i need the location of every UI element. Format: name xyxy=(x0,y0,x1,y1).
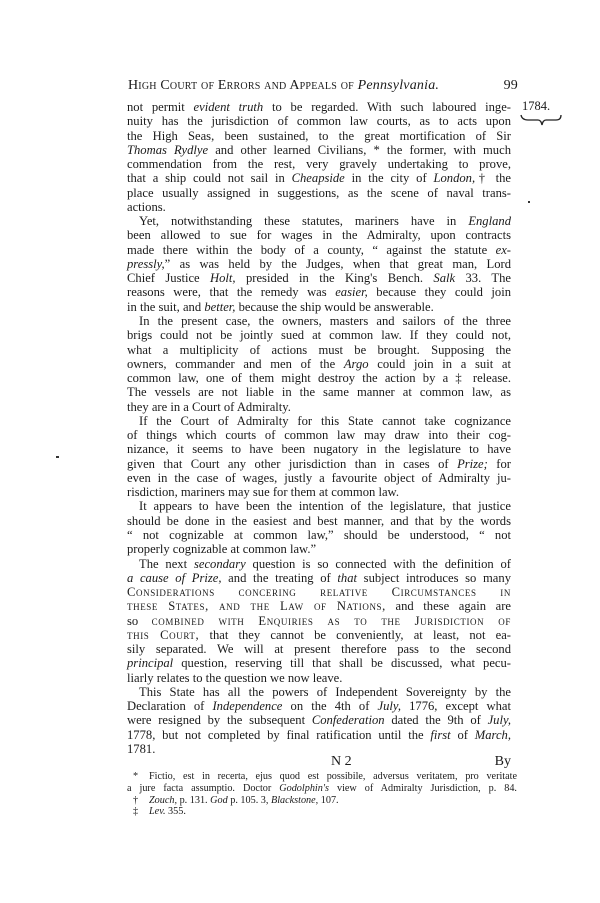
footnote-mark: * xyxy=(127,771,149,783)
text-line: owners, commander and men of the Argo co… xyxy=(127,357,511,371)
text-run: risdiction, mariners may sue for them at… xyxy=(127,485,399,499)
text-run: on the 4th of xyxy=(282,699,377,713)
text-run: and the treating of xyxy=(222,571,338,585)
running-head-state: Pennsylvania. xyxy=(358,78,440,93)
text-run: even in the case of wages, justly a favo… xyxy=(127,471,511,485)
text-run: properly cognizable at common law.” xyxy=(127,542,316,556)
text-line: pressly,” as was held by the Judges, whe… xyxy=(127,257,511,271)
small-caps-text: these States, and the Law of Nations, xyxy=(127,599,386,613)
text-run: reasons were, that the remedy was xyxy=(127,285,335,299)
text-run: because they could join xyxy=(368,285,511,299)
text-line: this Court, that they cannot be convenie… xyxy=(127,628,511,642)
footnote-line: *Fictio, est in recerta, ejus quod est p… xyxy=(127,771,517,783)
text-line: reasons were, that the remedy was easier… xyxy=(127,285,511,299)
text-line: It appears to have been the intention of… xyxy=(127,499,511,513)
footnote-line: a jure facta assumptio. Doctor Godolphin… xyxy=(127,783,517,795)
text-line: principal question, reserving till that … xyxy=(127,656,511,670)
italic-text: principal xyxy=(127,656,173,670)
text-line: “ not cognizable at common law,” should … xyxy=(127,528,511,542)
text-run: Declaration of xyxy=(127,699,212,713)
text-line: Considerations concering relative Circum… xyxy=(127,585,511,599)
text-line: what a multiplicity of actions must be b… xyxy=(127,343,511,357)
italic-text: God xyxy=(210,795,228,806)
text-line: a cause of Prize, and the treating of th… xyxy=(127,571,511,585)
italic-text: ex- xyxy=(496,243,511,257)
text-line: Declaration of Independence on the 4th o… xyxy=(127,699,511,713)
text-line: in the suit, and better, because the shi… xyxy=(127,300,511,314)
text-run: If the Court of Admiralty for this State… xyxy=(139,414,511,428)
text-run: been allowed to sue for wages in the Adm… xyxy=(127,228,511,242)
text-line: of things which courts of common law may… xyxy=(127,428,511,442)
footnote-line: ‡Lev. 355. xyxy=(127,806,517,818)
text-run: ” as was held by the Judges, when that g… xyxy=(165,257,511,271)
footnote-line: †Zouch, p. 131. God p. 105. 3, Blackston… xyxy=(127,795,517,807)
text-line: that a ship could not sail in Cheapside … xyxy=(127,171,511,185)
margin-note-year: 1784. xyxy=(522,99,550,114)
text-run: dated the 9th of xyxy=(385,713,488,727)
italic-text: Salk xyxy=(433,271,455,285)
text-line: should be done in the easiest and best m… xyxy=(127,514,511,528)
text-line: Thomas Rydlye and other learned Civilian… xyxy=(127,143,511,157)
text-line: the High Seas, been sustained, to the gr… xyxy=(127,129,511,143)
text-line: they are in a Court of Admiralty. xyxy=(127,400,511,414)
text-run: 1776, except what xyxy=(401,699,511,713)
text-run: subject introduces so many xyxy=(357,571,511,585)
text-run: question, reserving till that shall be d… xyxy=(173,656,511,670)
text-run: of things which courts of common law may… xyxy=(127,428,511,442)
text-run: p. 131. xyxy=(177,795,210,806)
text-run: should be done in the easiest and best m… xyxy=(127,514,511,528)
text-run: question is so connected with the defini… xyxy=(246,557,511,571)
footnotes: *Fictio, est in recerta, ejus quod est p… xyxy=(127,771,517,818)
text-run: Chief Justice xyxy=(127,271,210,285)
small-caps-text: combined with Enquiries as to the Jurisd… xyxy=(152,614,511,628)
text-run: p. 105. 3, xyxy=(228,795,271,806)
italic-text: Lev. xyxy=(149,806,166,817)
print-speck xyxy=(56,456,59,458)
text-run: liarly relates to the question we now le… xyxy=(127,671,342,685)
text-run: so xyxy=(127,614,152,628)
text-run: nizance, it seems to have been nugatory … xyxy=(127,442,511,456)
text-run: what a multiplicity of actions must be b… xyxy=(127,343,511,357)
running-head-title: High Court of Errors and Appeals of xyxy=(128,78,354,93)
italic-text: evident truth xyxy=(194,100,264,114)
text-run: and other learned Civilians, * the forme… xyxy=(208,143,511,157)
text-run: presided in the King's Bench. xyxy=(236,271,434,285)
text-line: commendation from the rest, very gravely… xyxy=(127,157,511,171)
text-run: sily separated. We will at present there… xyxy=(127,642,511,656)
italic-text: first xyxy=(430,728,450,742)
text-line: nizance, it seems to have been nugatory … xyxy=(127,442,511,456)
italic-text: that xyxy=(337,571,357,585)
italic-text: London, xyxy=(433,171,475,185)
text-line: been allowed to sue for wages in the Adm… xyxy=(127,228,511,242)
brace-icon xyxy=(520,114,562,126)
italic-text: Blackstone, xyxy=(271,795,318,806)
text-run: Fictio, est in recerta, ejus quod est po… xyxy=(149,771,517,782)
italic-text: Holt, xyxy=(210,271,236,285)
text-line: properly cognizable at common law.” xyxy=(127,542,511,556)
text-line: given that Court any other jurisdiction … xyxy=(127,457,511,471)
text-run: and these again are xyxy=(386,599,511,613)
text-run: were resigned by the subsequent xyxy=(127,713,312,727)
text-line: The vessels are not liable in the same m… xyxy=(127,385,511,399)
italic-text: March, xyxy=(475,728,511,742)
text-run: The vessels are not liable in the same m… xyxy=(127,385,511,399)
text-run: to be regarded. With such laboured inge- xyxy=(263,100,511,114)
italic-text: July, xyxy=(378,699,401,713)
text-run: for xyxy=(488,457,511,471)
italic-text: a cause of Prize, xyxy=(127,571,222,585)
text-run: that a ship could not sail in xyxy=(127,171,292,185)
text-run: made there within the body of a county, … xyxy=(127,243,496,257)
text-run: The next xyxy=(139,557,194,571)
text-line: made there within the body of a county, … xyxy=(127,243,511,257)
text-run: place usually assigned in suggestions, a… xyxy=(127,186,511,200)
text-line: Yet, notwithstanding these statutes, mar… xyxy=(127,214,511,228)
text-run: not permit xyxy=(127,100,194,114)
text-run: of xyxy=(451,728,475,742)
text-run: given that Court any other jurisdiction … xyxy=(127,457,457,471)
text-run: † the xyxy=(475,171,511,185)
small-caps-text: this Court, xyxy=(127,628,199,642)
text-run: commendation from the rest, very gravely… xyxy=(127,157,511,171)
text-line: sily separated. We will at present there… xyxy=(127,642,511,656)
text-line: If the Court of Admiralty for this State… xyxy=(127,414,511,428)
italic-text: Godolphin's xyxy=(279,783,329,794)
print-speck xyxy=(528,201,530,203)
text-line: In the present case, the owners, masters… xyxy=(127,314,511,328)
italic-text: Zouch, xyxy=(149,795,177,806)
italic-text: England xyxy=(468,214,511,228)
italic-text: Independence xyxy=(212,699,282,713)
text-run: “ not cognizable at common law,” should … xyxy=(127,528,511,542)
text-run: that they cannot be conveniently, at lea… xyxy=(199,628,511,642)
text-line: common law, one of them might destroy th… xyxy=(127,371,511,385)
text-run: Yet, notwithstanding these statutes, mar… xyxy=(139,214,468,228)
italic-text: pressly, xyxy=(127,257,165,271)
text-run: actions. xyxy=(127,200,166,214)
text-run: In the present case, the owners, masters… xyxy=(139,314,511,328)
italic-text: secondary xyxy=(194,557,246,571)
text-line: these States, and the Law of Nations, an… xyxy=(127,599,511,613)
text-run: This State has all the powers of Indepen… xyxy=(139,685,511,699)
text-run: nuity has the jurisdiction of common law… xyxy=(127,114,511,128)
text-run: 107. xyxy=(318,795,338,806)
text-line: so combined with Enquiries as to the Jur… xyxy=(127,614,511,628)
italic-text: July, xyxy=(488,713,511,727)
text-run: they are in a Court of Admiralty. xyxy=(127,400,291,414)
text-run: 1778, but not completed by final ratific… xyxy=(127,728,430,742)
italic-text: Cheapside xyxy=(292,171,345,185)
text-run: because the ship would be answerable. xyxy=(235,300,433,314)
footnote-mark: ‡ xyxy=(127,806,149,818)
text-line: The next secondary question is so connec… xyxy=(127,557,511,571)
text-line: actions. xyxy=(127,200,511,214)
footnote-mark: † xyxy=(127,795,149,807)
small-caps-text: Considerations concering relative Circum… xyxy=(127,585,511,599)
text-line: even in the case of wages, justly a favo… xyxy=(127,471,511,485)
text-run: in the city of xyxy=(345,171,434,185)
text-run: 33. The xyxy=(455,271,511,285)
catchword: By xyxy=(495,754,511,770)
text-run: owners, commander and men of the xyxy=(127,357,344,371)
text-line: were resigned by the subsequent Confeder… xyxy=(127,713,511,727)
text-run: in the suit, and xyxy=(127,300,204,314)
italic-text: Confederation xyxy=(312,713,385,727)
text-line: liarly relates to the question we now le… xyxy=(127,671,511,685)
text-run: It appears to have been the intention of… xyxy=(139,499,511,513)
text-line: nuity has the jurisdiction of common law… xyxy=(127,114,511,128)
signature-line: N 2 By xyxy=(127,754,511,770)
text-run: could join in a suit at xyxy=(369,357,511,371)
page-number: 99 xyxy=(504,78,518,94)
text-run: a jure facta assumptio. Doctor xyxy=(127,783,279,794)
text-run: common law, one of them might destroy th… xyxy=(127,371,511,385)
text-line: 1778, but not completed by final ratific… xyxy=(127,728,511,742)
signature-mark: N 2 xyxy=(331,754,352,770)
italic-text: Thomas Rydlye xyxy=(127,143,208,157)
italic-text: Prize; xyxy=(457,457,488,471)
text-line: risdiction, mariners may sue for them at… xyxy=(127,485,511,499)
text-run: 355. xyxy=(166,806,186,817)
italic-text: easier, xyxy=(335,285,368,299)
text-run: view of Admiralty Jurisdiction, p. 84. xyxy=(329,783,517,794)
text-line: brigs could not be jointly sued at commo… xyxy=(127,328,511,342)
text-line: not permit evident truth to be regarded.… xyxy=(127,100,511,114)
italic-text: better, xyxy=(204,300,235,314)
italic-text: Argo xyxy=(344,357,369,371)
text-line: place usually assigned in suggestions, a… xyxy=(127,186,511,200)
text-line: Chief Justice Holt, presided in the King… xyxy=(127,271,511,285)
running-head: High Court of Errors and Appeals of Penn… xyxy=(128,78,518,96)
body-text: not permit evident truth to be regarded.… xyxy=(127,100,511,756)
text-run: brigs could not be jointly sued at commo… xyxy=(127,328,511,342)
text-line: This State has all the powers of Indepen… xyxy=(127,685,511,699)
book-page: High Court of Errors and Appeals of Penn… xyxy=(0,0,600,903)
text-run: the High Seas, been sustained, to the gr… xyxy=(127,129,511,143)
